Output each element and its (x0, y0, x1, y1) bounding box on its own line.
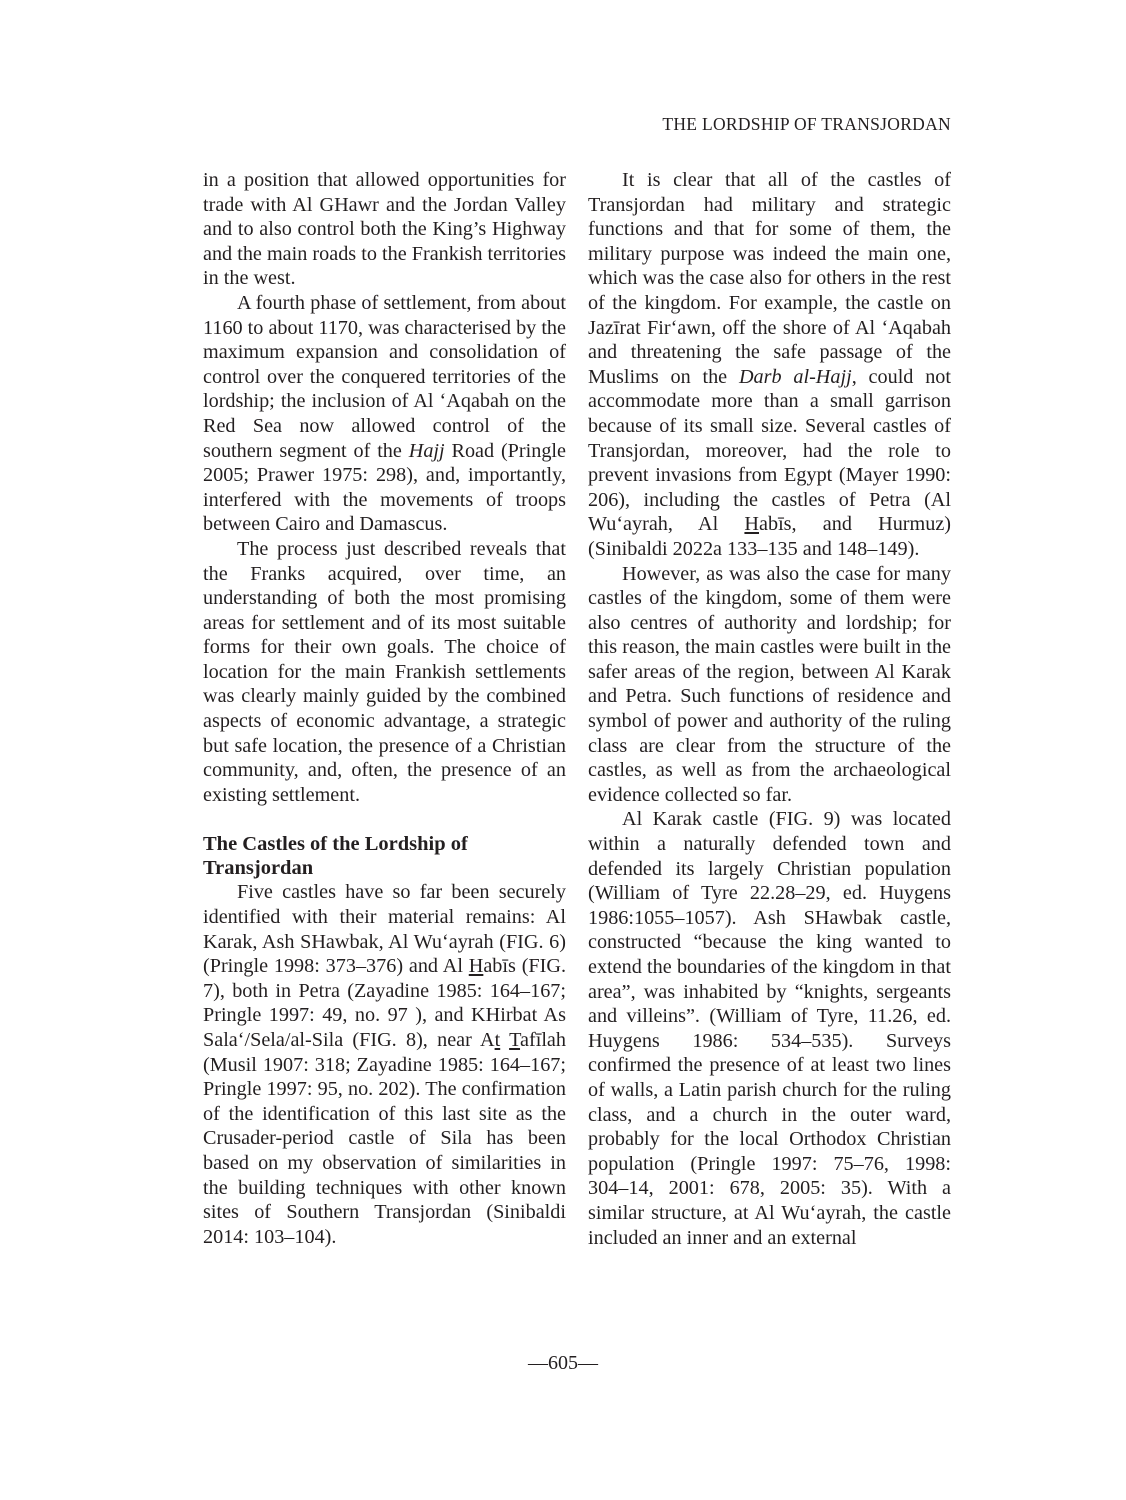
italic-term: Hajj (409, 440, 445, 462)
running-head: THE LORDSHIP OF TRANSJORDAN (662, 114, 951, 135)
text-run: afīlah (Musil 1907: 318; Zayadine 1985: … (203, 1029, 566, 1248)
underlined-letter: T (509, 1029, 520, 1051)
paragraph: A fourth phase of settlement, from about… (203, 291, 566, 537)
page-number: —605— (0, 1352, 1126, 1375)
paragraph: The process just described reveals that … (203, 537, 566, 808)
underlined-letter: H (744, 513, 759, 535)
underlined-letter: H (469, 955, 484, 977)
paragraph: Five castles have so far been securely i… (203, 880, 566, 1249)
text-run: It is clear that all of the castles of T… (588, 169, 951, 388)
paragraph: Al Karak castle (FIG. 9) was located wit… (588, 807, 951, 1250)
right-column: It is clear that all of the castles of T… (588, 168, 951, 1250)
text-run (500, 1029, 509, 1051)
text-run: , could not accommodate more than a smal… (588, 366, 951, 536)
text-run: A fourth phase of settlement, from about… (203, 292, 566, 462)
section-heading: The Castles of the Lordship of Transjord… (203, 832, 566, 880)
italic-term: Darb al-Hajj (739, 366, 852, 388)
paragraph: It is clear that all of the castles of T… (588, 168, 951, 562)
paragraph: However, as was also the case for many c… (588, 562, 951, 808)
paragraph: in a position that allowed opportunities… (203, 168, 566, 291)
left-column: in a position that allowed opportunities… (203, 168, 566, 1249)
